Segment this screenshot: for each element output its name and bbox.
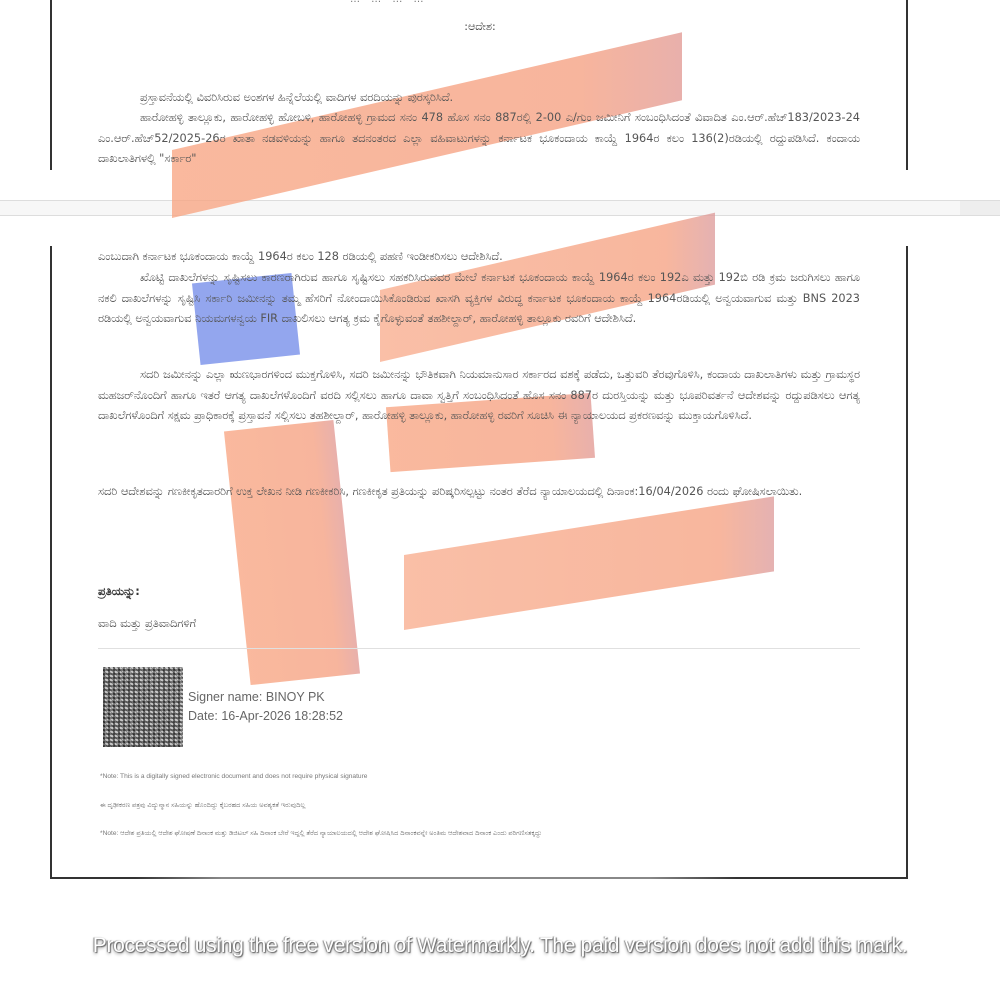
paragraph-4: ಸದರಿ ಆದೇಶವನ್ನು ಗಣಕೀಕೃತದಾರರಿಗೆ ಉಕ್ತ ಲೇಖನ … [98, 482, 860, 503]
paragraph-1-cont-text: ಎಂಬುದಾಗಿ ಕರ್ನಾಟಕ ಭೂಕಂದಾಯ ಕಾಯ್ದೆ 1964ರ ಕಲ… [98, 250, 503, 263]
paragraph-1-line: ಪ್ರಸ್ತಾವನೆಯಲ್ಲಿ ವಿವರಿಸಿರುವ ಅಂಶಗಳ ಹಿನ್ನೆಲ… [140, 91, 453, 104]
paragraph-4-text: ಸದರಿ ಆದೇಶವನ್ನು ಗಣಕೀಕೃತದಾರರಿಗೆ ಉಕ್ತ ಲೇಖನ … [98, 485, 802, 498]
signature-divider [98, 648, 860, 649]
logo-shape-bottom-band [404, 496, 774, 630]
note-order-date: *Note: ಆದೇಶ ಪ್ರತಿಯಲ್ಲಿ ಆದೇಶ ಘೋಷಣೆ ದಿನಾಂಕ… [100, 830, 542, 838]
paragraph-1-continued: ಎಂಬುದಾಗಿ ಕರ್ನಾಟಕ ಭೂಕಂದಾಯ ಕಾಯ್ದೆ 1964ರ ಕಲ… [98, 247, 860, 268]
copy-recipients: ವಾದಿ ಮತ್ತು ಪ್ರತಿವಾದಿಗಳಿಗೆ [98, 614, 196, 635]
paragraph-1-intro: ಪ್ರಸ್ತಾವನೆಯಲ್ಲಿ ವಿವರಿಸಿರುವ ಅಂಶಗಳ ಹಿನ್ನೆಲ… [140, 88, 860, 109]
qr-code [103, 667, 183, 747]
paragraph-2-text: ಖೊಟ್ಟಿ ದಾಖಲೆಗಳನ್ನು ಸೃಷ್ಟಿಸಲು ಕಾರಣರಾಗಿರುವ… [98, 271, 860, 325]
paragraph-1-body: ಹಾರೋಹಳ್ಳಿ ತಾಲ್ಲೂಕು, ಹಾರೋಹಳ್ಳಿ ಹೋಬಳಿ, ಹಾರ… [98, 108, 860, 170]
copy-heading-text: ಪ್ರತಿಯನ್ನು: [98, 585, 140, 598]
copy-heading: ಪ್ರತಿಯನ್ನು: [98, 582, 140, 603]
signature-block: Signer name: BINOY PK Date: 16-Apr-2026 … [188, 688, 343, 726]
truncated-line: … … … … [350, 0, 428, 5]
paragraph-3-text: ಸದರಿ ಜಮೀನನ್ನು ಎಲ್ಲಾ ಋಣಭಾರಗಳಿಂದ ಮುಕ್ತಗೊಳಿ… [98, 368, 860, 422]
signer-name: Signer name: BINOY PK [188, 688, 343, 707]
order-heading: :ಆದೇಶ: [0, 20, 960, 34]
note-digital-signature: *Note: This is a digitally signed electr… [100, 773, 367, 780]
logo-shape-left-bar [224, 420, 360, 685]
paragraph-3: ಸದರಿ ಜಮೀನನ್ನು ಎಲ್ಲಾ ಋಣಭಾರಗಳಿಂದ ಮುಕ್ತಗೊಳಿ… [98, 365, 860, 427]
page-border-left-bottom [50, 246, 52, 879]
page-border-right-bottom [906, 246, 908, 879]
paragraph-2: ಖೊಟ್ಟಿ ದಾಖಲೆಗಳನ್ನು ಸೃಷ್ಟಿಸಲು ಕಾರಣರಾಗಿರುವ… [98, 268, 860, 330]
page-gap-separator [0, 200, 1000, 216]
paragraph-1-text: ಹಾರೋಹಳ್ಳಿ ತಾಲ್ಲೂಕು, ಹಾರೋಹಳ್ಳಿ ಹೋಬಳಿ, ಹಾರ… [98, 111, 860, 165]
watermarkly-notice: Processed using the free version of Wate… [0, 934, 1000, 958]
copy-recipients-text: ವಾದಿ ಮತ್ತು ಪ್ರತಿವಾದಿಗಳಿಗೆ [98, 617, 196, 630]
page-border-bottom [50, 877, 908, 879]
signature-date: Date: 16-Apr-2026 18:28:52 [188, 707, 343, 726]
note-kannada-signature: ಈ ದೃಢೀಕರಣ ಪತ್ರವು ವಿದ್ಯುನ್ಮಾನ ಸಹಿಯನ್ನು ಹೊ… [100, 802, 305, 810]
scroll-track [960, 201, 1000, 215]
